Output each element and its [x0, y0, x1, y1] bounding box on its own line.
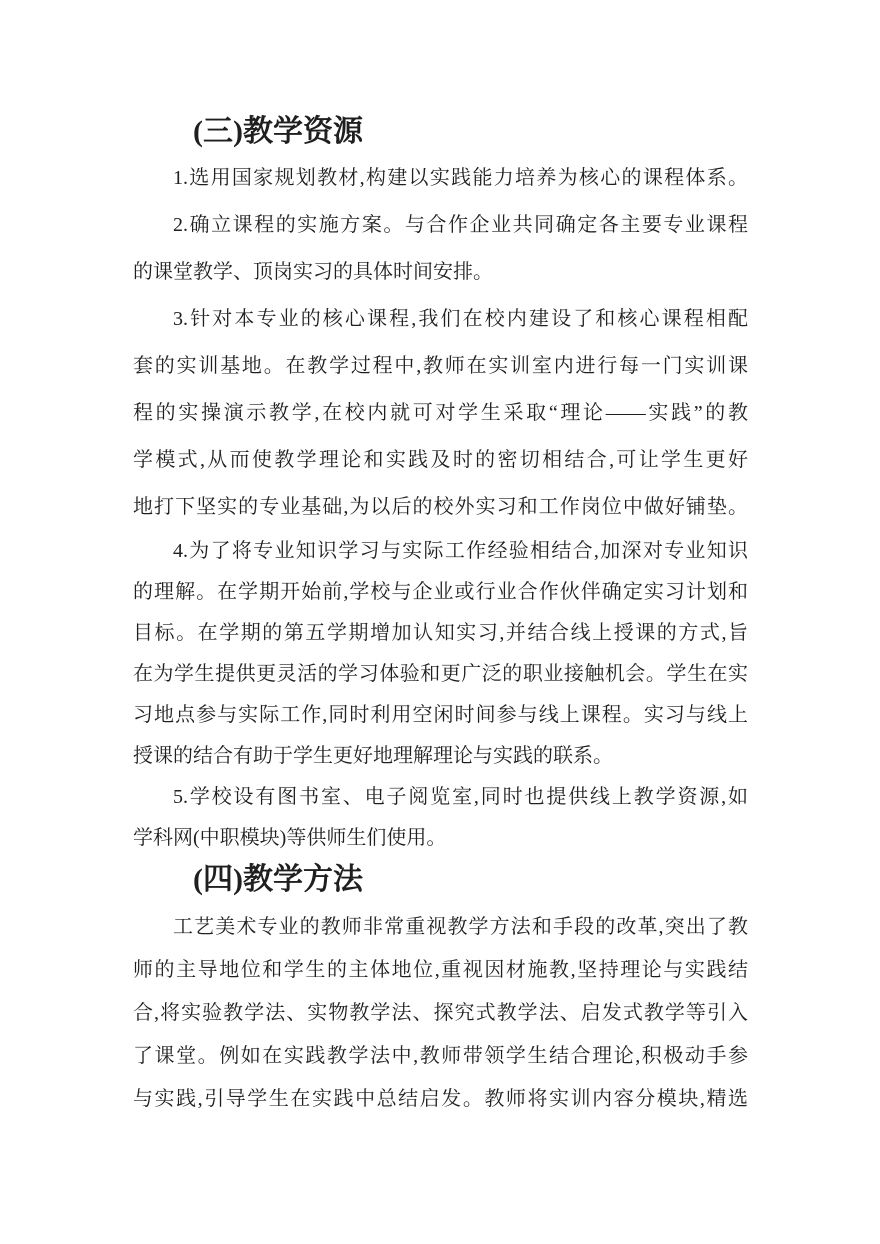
section-heading-3-teaching-resources: (三)教学资源	[133, 108, 748, 155]
text-line: 了课堂。例如在实践教学法中,教师带领学生结合理论,积极动手参	[133, 1035, 748, 1078]
text-line: 师的主导地位和学生的主体地位,重视因材施教,坚持理论与实践结	[133, 949, 748, 992]
paragraph-item-3: 3.针对本专业的核心课程,我们在校内建设了和核心课程相配套的实训基地。在教学过程…	[133, 296, 748, 531]
paragraph-item-1: 1.选用国家规划教材,构建以实践能力培养为核心的课程体系。	[133, 155, 748, 202]
paragraph-item-2: 2.确立课程的实施方案。与合作企业共同确定各主要专业课程的课堂教学、顶岗实习的具…	[133, 202, 748, 296]
paragraph-item-4: 4.为了将专业知识学习与实际工作经验相结合,加深对专业知识的理解。在学期开始前,…	[133, 531, 748, 777]
text-line: 授课的结合有助于学生更好地理解理论与实践的联系。	[133, 736, 748, 777]
document-page: (三)教学资源1.选用国家规划教材,构建以实践能力培养为核心的课程体系。2.确立…	[0, 0, 880, 1244]
text-line: 在为学生提供更灵活的学习体验和更广泛的职业接触机会。学生在实	[133, 654, 748, 695]
text-line: 习地点参与实际工作,同时利用空闲时间参与线上课程。实习与线上	[133, 695, 748, 736]
heading-text-line: (三)教学资源	[133, 108, 748, 155]
text-line: 学模式,从而使教学理论和实践及时的密切相结合,可让学生更好	[133, 437, 748, 484]
text-line: 地打下坚实的专业基础,为以后的校外实习和工作岗位中做好铺垫。	[133, 484, 748, 531]
text-line: 目标。在学期的第五学期增加认知实习,并结合线上授课的方式,旨	[133, 613, 748, 654]
text-line: 1.选用国家规划教材,构建以实践能力培养为核心的课程体系。	[133, 155, 748, 202]
text-line: 4.为了将专业知识学习与实际工作经验相结合,加深对专业知识	[133, 531, 748, 572]
text-line: 工艺美术专业的教师非常重视教学方法和手段的改革,突出了教	[133, 906, 748, 949]
paragraph-item-5: 5.学校设有图书室、电子阅览室,同时也提供线上教学资源,如学科网(中职模块)等供…	[133, 777, 748, 859]
heading-text-line: (四)教学方法	[133, 859, 748, 900]
text-line: 的课堂教学、顶岗实习的具体时间安排。	[133, 249, 748, 296]
document-body: (三)教学资源1.选用国家规划教材,构建以实践能力培养为核心的课程体系。2.确立…	[133, 108, 748, 1121]
text-line: 学科网(中职模块)等供师生们使用。	[133, 818, 748, 859]
text-line: 合,将实验教学法、实物教学法、探究式教学法、启发式教学等引入	[133, 992, 748, 1035]
section-heading-4-teaching-methods: (四)教学方法	[133, 859, 748, 900]
text-line: 3.针对本专业的核心课程,我们在校内建设了和核心课程相配	[133, 296, 748, 343]
text-line: 5.学校设有图书室、电子阅览室,同时也提供线上教学资源,如	[133, 777, 748, 818]
text-line: 套的实训基地。在教学过程中,教师在实训室内进行每一门实训课	[133, 343, 748, 390]
text-line: 与实践,引导学生在实践中总结启发。教师将实训内容分模块,精选	[133, 1078, 748, 1121]
text-line: 的理解。在学期开始前,学校与企业或行业合作伙伴确定实习计划和	[133, 572, 748, 613]
text-line: 2.确立课程的实施方案。与合作企业共同确定各主要专业课程	[133, 202, 748, 249]
paragraph-methods-intro: 工艺美术专业的教师非常重视教学方法和手段的改革,突出了教师的主导地位和学生的主体…	[133, 906, 748, 1121]
text-line: 程的实操演示教学,在校内就可对学生采取“理论——实践”的教	[133, 390, 748, 437]
